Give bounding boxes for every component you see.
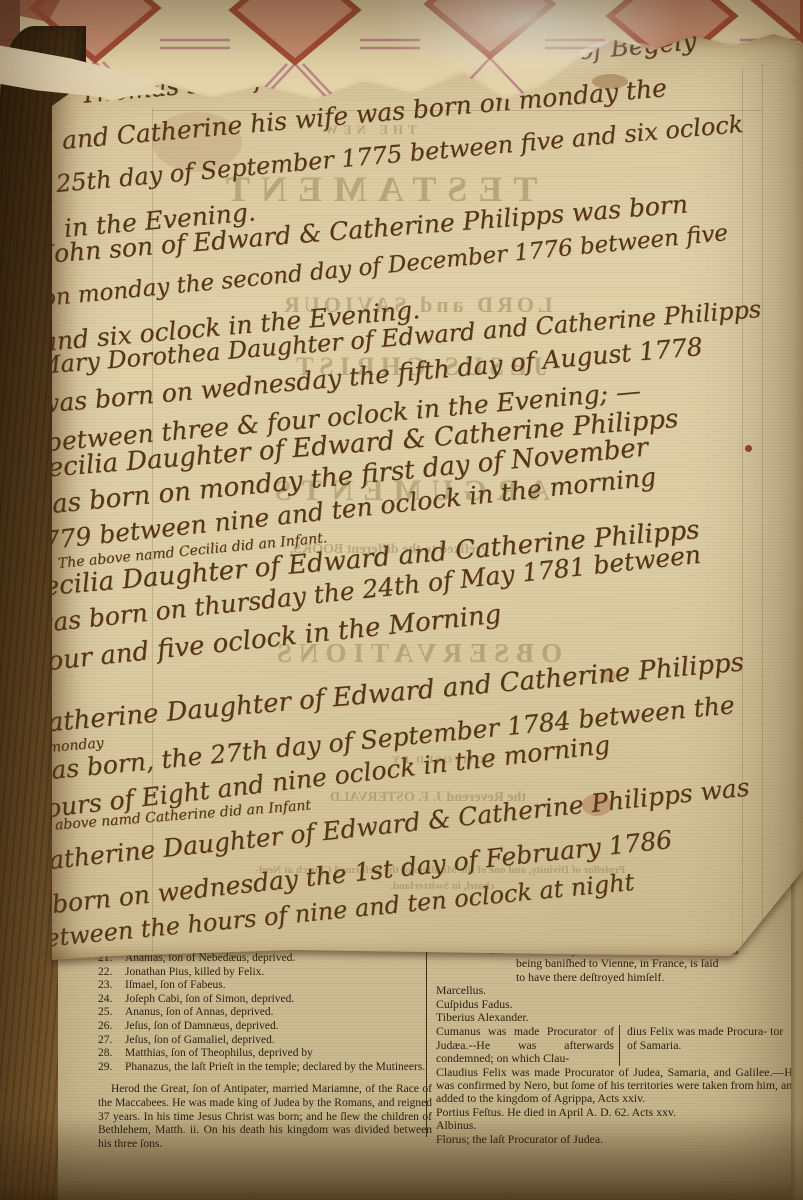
priest-list-item: 23.Iſmael, ſon of Fabeus. (98, 979, 432, 993)
priest-list-item: 27.Jeſus, ſon of Gamaliel, deprived. (98, 1034, 432, 1048)
continuation-line: being baniſhed to Vienne, in France, is … (436, 957, 798, 970)
list-number: 23. (98, 979, 112, 993)
list-text: Matthias, ſon of Theophilus, deprived by (125, 1047, 313, 1059)
ruled-frame-line (742, 68, 743, 948)
list-number: 22. (98, 966, 112, 980)
printed-left-column: 21.Ananias, ſon of Nebedæus, deprived. 2… (98, 952, 432, 1151)
list-text: Jeſus, ſon of Damnæus, deprived. (125, 1020, 279, 1032)
priest-list-item: 24.Joſeph Cabi, ſon of Simon, deprived. (98, 993, 432, 1007)
herod-paragraph: Herod the Great, ſon of Antipater, marri… (98, 1083, 432, 1151)
claudius-paragraph: Claudius Felix was made Procurator of Ju… (436, 1066, 798, 1106)
albinus-line: Albinus. (436, 1119, 798, 1132)
portius-line: Portius Feſtus. He died in April A. D. 6… (436, 1106, 798, 1119)
list-text: Phanazus, the laſt Prieſt in the temple;… (125, 1061, 425, 1073)
red-ink-spot (745, 445, 752, 452)
continuation-line: to have there deſtroyed himſelf. (436, 971, 798, 984)
list-number: 26. (98, 1020, 112, 1034)
list-number: 27. (98, 1034, 112, 1048)
list-number: 28. (98, 1047, 112, 1061)
cumanus-two-column-note: Cumanus was made Procurator of Judæa.--H… (436, 1025, 798, 1065)
list-text: Iſmael, ſon of Fabeus. (125, 979, 226, 991)
list-text: Joſeph Cabi, ſon of Simon, deprived. (125, 993, 294, 1005)
list-number: 25. (98, 1006, 112, 1020)
handwritten-register-page: THE NEW TESTAMENT LORD and SAVIOUR JESUS… (52, 28, 803, 960)
priest-list-item: 26.Jeſus, ſon of Damnæus, deprived. (98, 1020, 432, 1034)
priest-list-item: 29.Phanazus, the laſt Prieſt in the temp… (98, 1061, 432, 1075)
priest-list-item: 28.Matthias, ſon of Theophilus, deprived… (98, 1047, 432, 1061)
ruled-frame-line (762, 64, 763, 948)
procurator-name: Cuſpidus Fadus. (436, 998, 798, 1011)
procurator-name: Tiberius Alexander. (436, 1011, 798, 1024)
list-text: Ananus, ſon of Annas, deprived. (125, 1006, 274, 1018)
florus-line: Florus; the laſt Procurator of Judea. (436, 1133, 798, 1146)
list-number: 29. (98, 1061, 112, 1075)
list-number: 24. (98, 993, 112, 1007)
procurator-name: Marcellus. (436, 984, 798, 997)
list-text: Jeſus, ſon of Gamaliel, deprived. (125, 1034, 275, 1046)
photograph-of-open-register-book: 21.Ananias, ſon of Nebedæus, deprived. 2… (0, 0, 803, 1200)
list-text: Jonathan Pius, killed by Felix. (125, 966, 264, 978)
cumanus-note-left: Cumanus was made Procurator of Judæa.--H… (436, 1025, 620, 1065)
cumanus-note-right: dius Felix was made Procura- tor of Sama… (620, 1025, 787, 1065)
priest-list-item: 25.Ananus, ſon of Annas, deprived. (98, 1006, 432, 1020)
priest-list-item: 22.Jonathan Pius, killed by Felix. (98, 966, 432, 980)
printed-right-column: ten years he was recalled to Rome; and b… (436, 944, 798, 1146)
